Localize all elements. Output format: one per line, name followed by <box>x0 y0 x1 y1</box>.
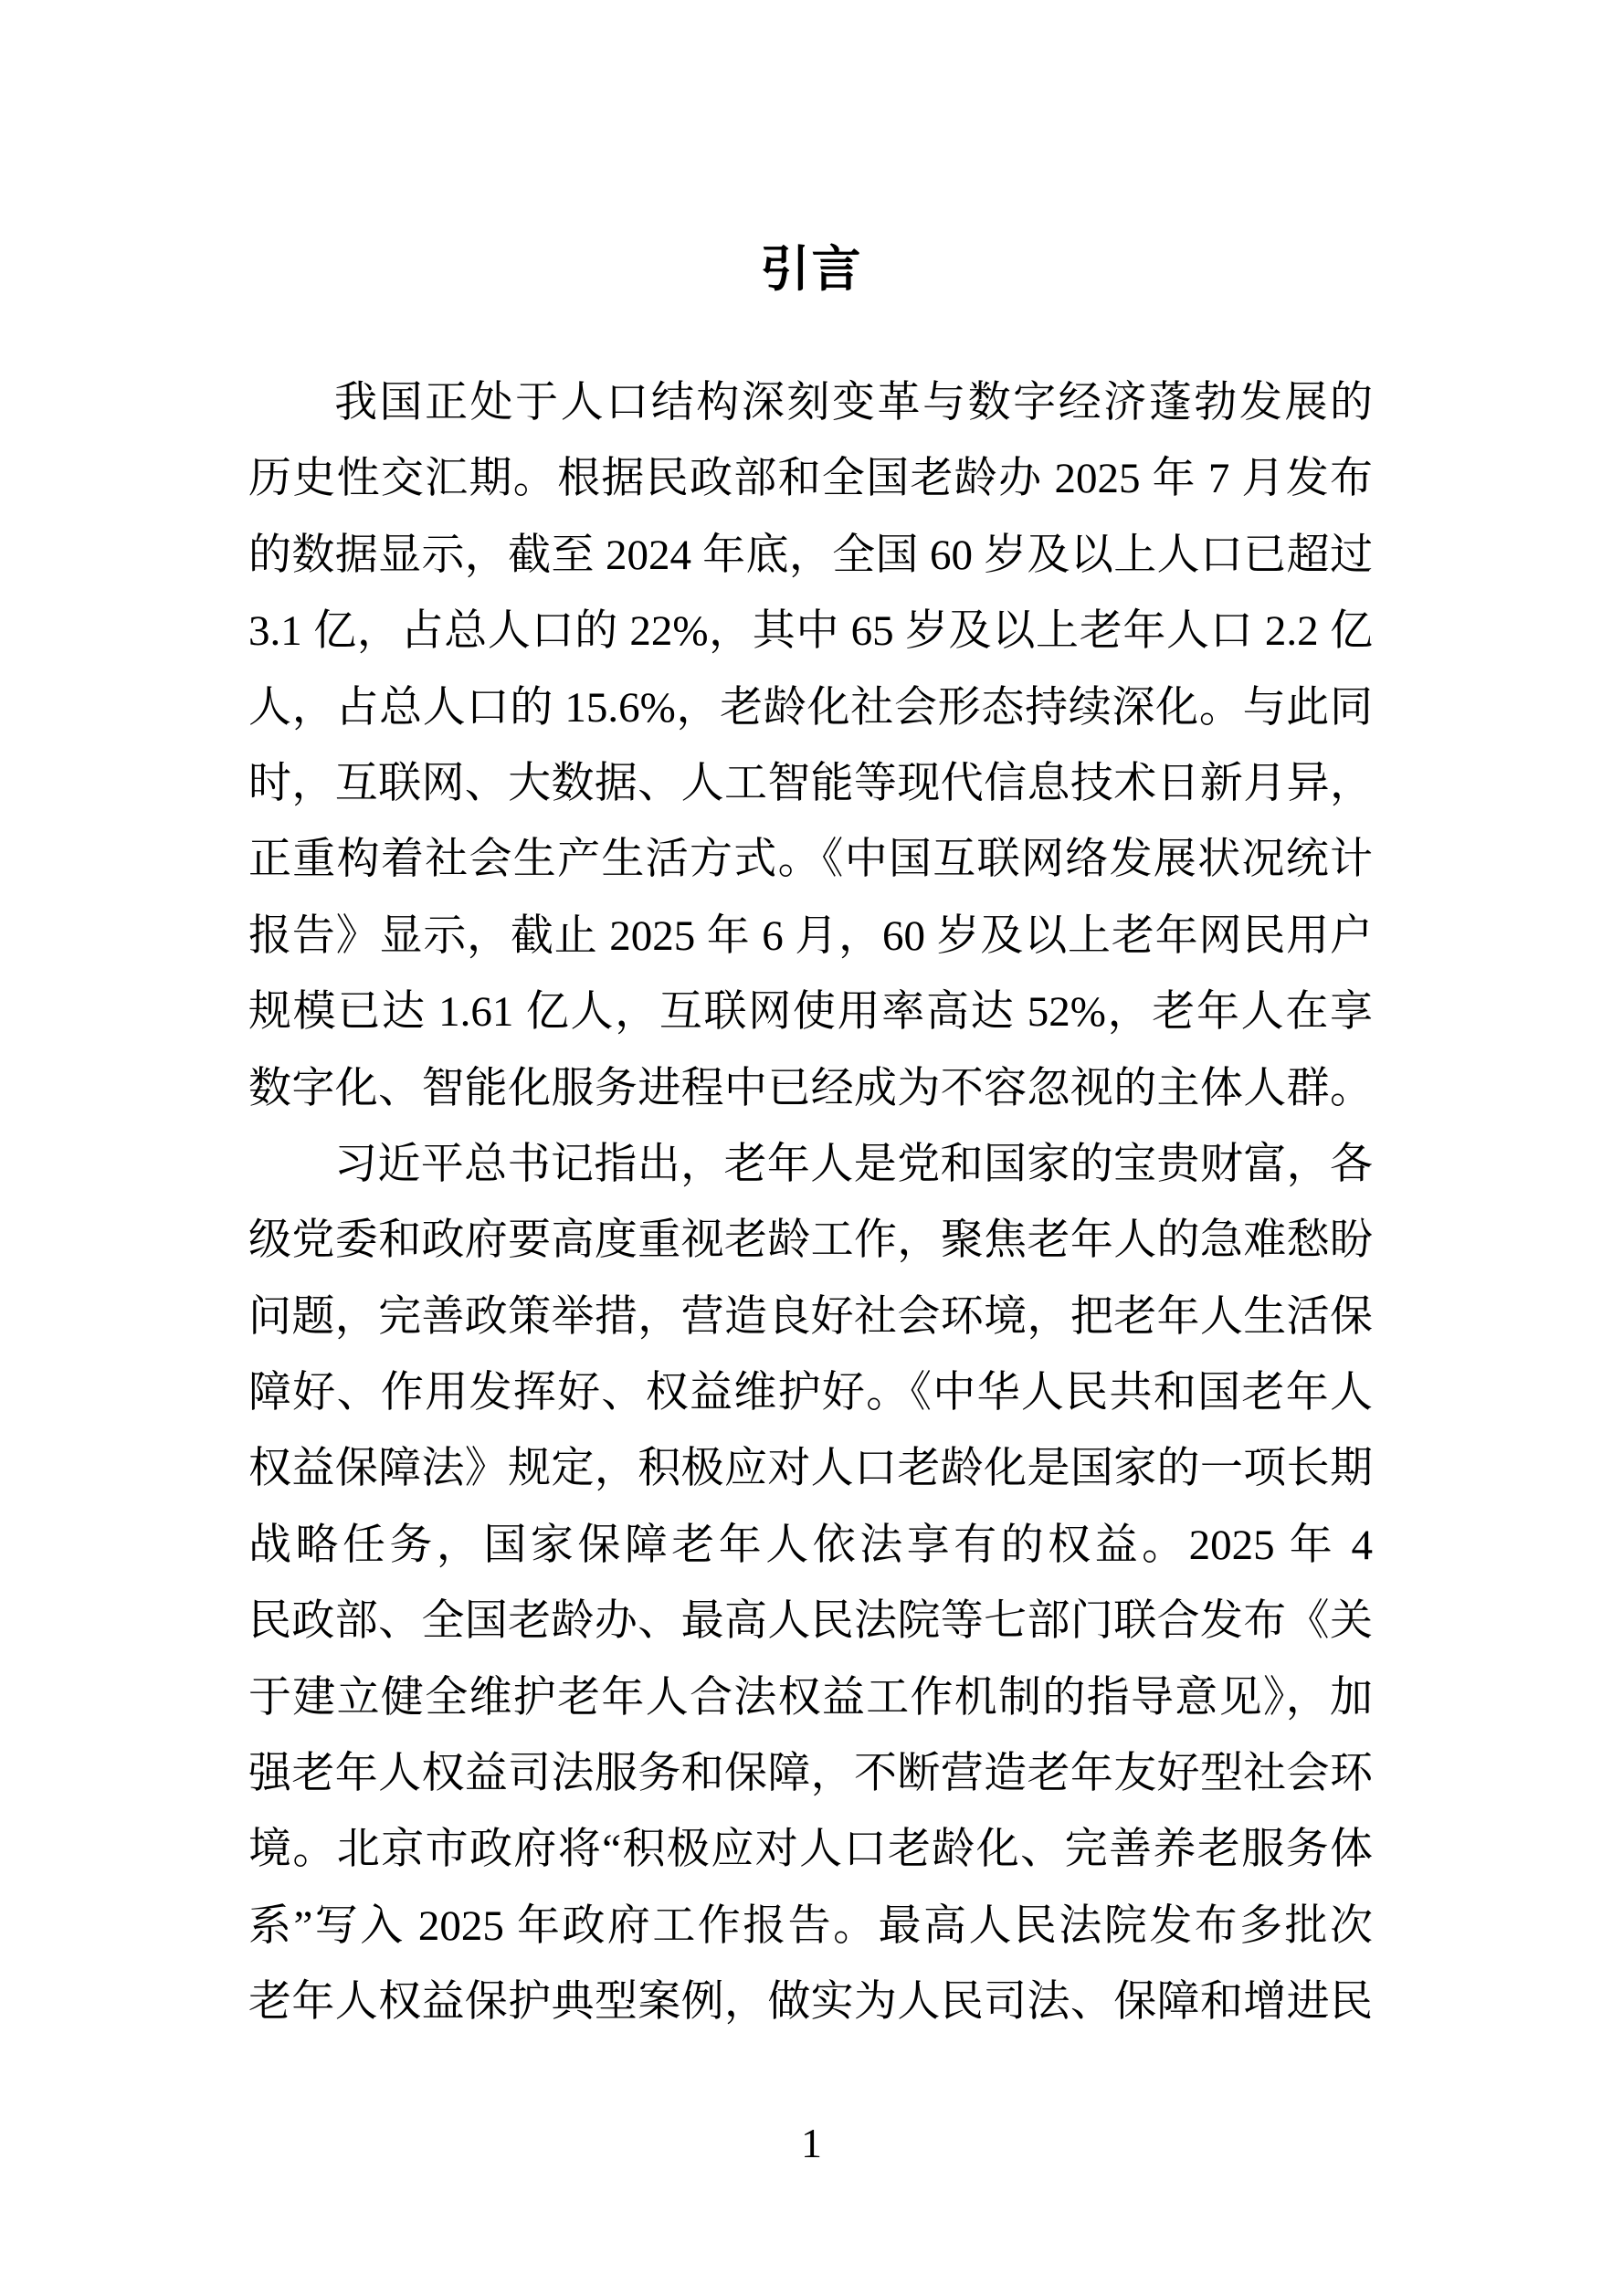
document-body: 我国正处于人口结构深刻变革与数字经济蓬勃发展的 历史性交汇期。根据民政部和全国老… <box>248 365 1373 2041</box>
text-line: 于建立健全维护老年人合法权益工作机制的指导意见》，加 <box>248 1660 1373 1736</box>
text-line: 境。北京市政府将“积极应对人口老龄化、完善养老服务体 <box>248 1812 1373 1888</box>
text-line: 系”写入 2025 年政府工作报告。最高人民法院发布多批次 <box>248 1889 1373 1964</box>
document-page: 引言 我国正处于人口结构深刻变革与数字经济蓬勃发展的 历史性交汇期。根据民政部和… <box>0 0 1623 2296</box>
page-number: 1 <box>0 2121 1623 2166</box>
page-title: 引言 <box>0 241 1623 298</box>
text-line: 级党委和政府要高度重视老龄工作，聚焦老年人的急难愁盼 <box>248 1203 1373 1279</box>
paragraph-1: 我国正处于人口结构深刻变革与数字经济蓬勃发展的 历史性交汇期。根据民政部和全国老… <box>248 365 1373 1127</box>
text-line: 正重构着社会生产生活方式。《中国互联网络发展状况统计 <box>248 822 1373 898</box>
text-line: 人，占总人口的 15.6%，老龄化社会形态持续深化。与此同 <box>248 670 1373 746</box>
text-line: 战略任务，国家保障老年人依法享有的权益。2025 年 4 月， <box>248 1508 1373 1584</box>
text-line: 时，互联网、大数据、人工智能等现代信息技术日新月异， <box>248 746 1373 822</box>
text-line: 数字化、智能化服务进程中已经成为不容忽视的主体人群。 <box>248 1051 1373 1127</box>
text-line: 习近平总书记指出，老年人是党和国家的宝贵财富，各 <box>248 1127 1373 1203</box>
text-line: 权益保障法》规定，积极应对人口老龄化是国家的一项长期 <box>248 1431 1373 1507</box>
text-line: 老年人权益保护典型案例，做实为人民司法、保障和增进民 <box>248 1964 1373 2040</box>
text-line: 报告》显示，截止 2025 年 6 月，60 岁及以上老年网民用户 <box>248 899 1373 974</box>
text-line: 3.1 亿，占总人口的 22%，其中 65 岁及以上老年人口 2.2 亿 <box>248 594 1373 669</box>
paragraph-2: 习近平总书记指出，老年人是党和国家的宝贵财富，各 级党委和政府要高度重视老龄工作… <box>248 1127 1373 2041</box>
text-line: 民政部、全国老龄办、最高人民法院等七部门联合发布《关 <box>248 1584 1373 1659</box>
text-line: 强老年人权益司法服务和保障，不断营造老年友好型社会环 <box>248 1736 1373 1812</box>
text-line: 的数据显示，截至 2024 年底，全国 60 岁及以上人口已超过 <box>248 518 1373 594</box>
text-line: 规模已达 1.61 亿人，互联网使用率高达 52%，老年人在享受 <box>248 974 1373 1050</box>
text-line: 我国正处于人口结构深刻变革与数字经济蓬勃发展的 <box>248 365 1373 441</box>
text-line: 历史性交汇期。根据民政部和全国老龄办 2025 年 7 月发布 <box>248 441 1373 517</box>
text-line: 障好、作用发挥好、权益维护好。《中华人民共和国老年人 <box>248 1355 1373 1431</box>
text-line: 问题，完善政策举措，营造良好社会环境，把老年人生活保 <box>248 1280 1373 1355</box>
